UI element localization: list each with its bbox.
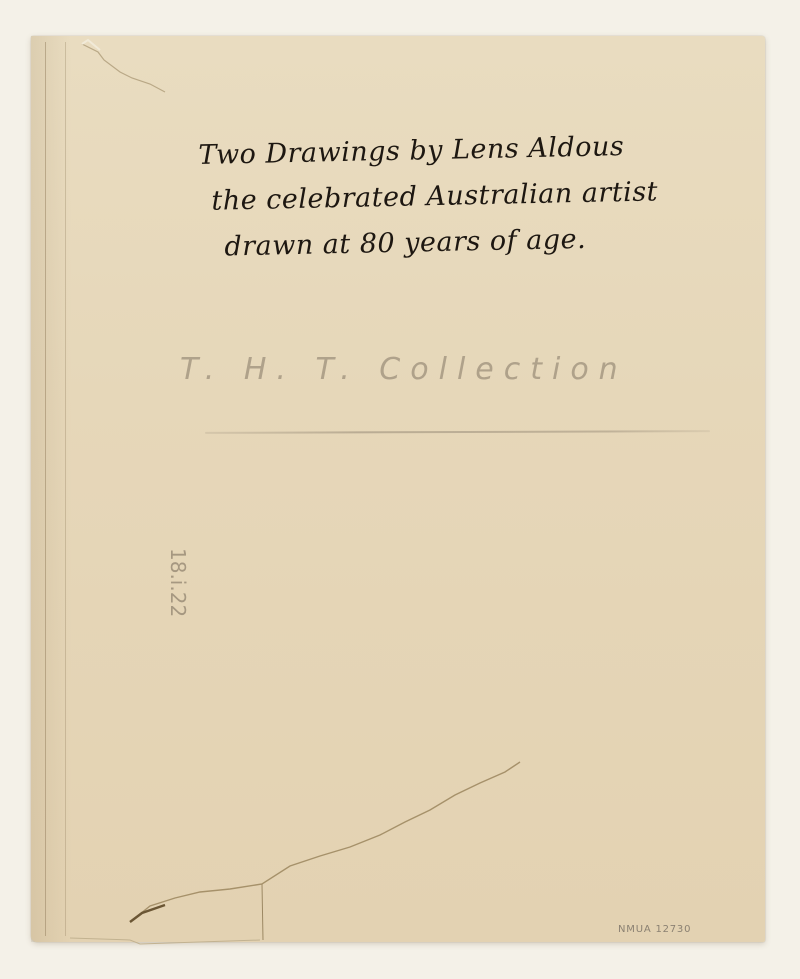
catalog-number: NMUA 12730 [618, 924, 691, 935]
ink-inscription: Two Drawings by Lens Aldous the celebrat… [198, 122, 731, 271]
pencil-collection-note: T. H. T. Collection [180, 352, 628, 387]
spine-fold-line-inner [65, 42, 66, 936]
spine-fold-line [45, 42, 46, 936]
pencil-date-note: 18.i.22 [166, 548, 190, 617]
